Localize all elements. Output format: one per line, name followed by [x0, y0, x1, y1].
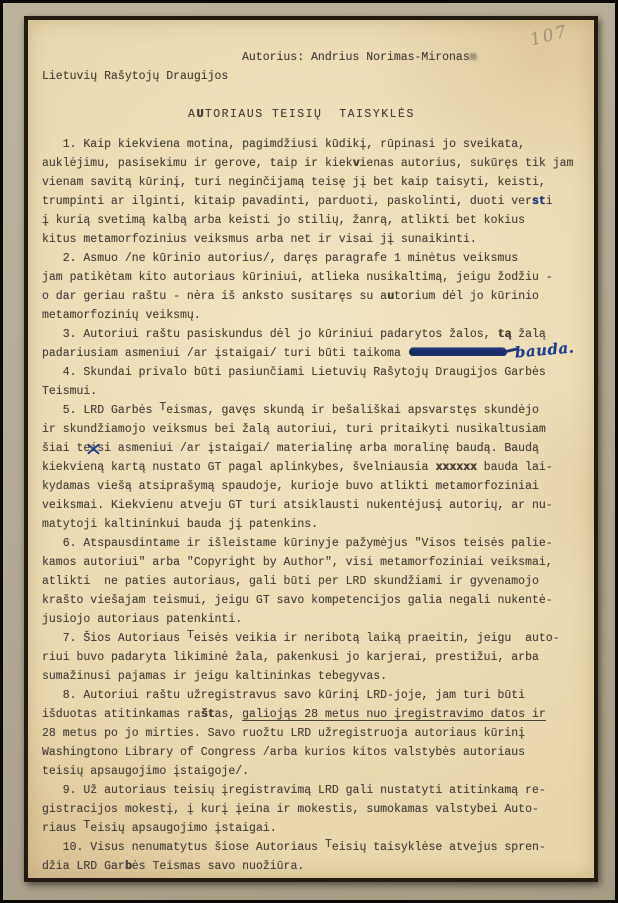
typed-line: riaus Teisių apsaugojimo įstaigai. — [42, 819, 578, 838]
text-segment: šiai te — [42, 442, 90, 455]
text-segment: gistracijos mokestį, į kurį įeina ir mok… — [42, 803, 539, 816]
text-segment: 6. Atspausdintame ir išleistame kūrinyje… — [42, 537, 553, 550]
typed-line: matytoji kaltininkui bauda jį patenkins. — [42, 515, 578, 534]
pen-crossed-character: i — [90, 439, 97, 458]
text-segment: m — [470, 51, 477, 64]
paragraph-9: 9. Už autoriaus teisių įregistravimą LRD… — [42, 781, 578, 838]
scan-matte-border: 107 Autorius: Andrius Norimas-Mironasm L… — [3, 3, 615, 900]
typed-line: 9. Už autoriaus teisių įregistravimą LRD… — [42, 781, 578, 800]
text-segment: 8. Autoriui raštu užregistravus savo kūr… — [42, 689, 525, 702]
text-segment: eisių apsaugojimo įstaigai. — [90, 822, 276, 835]
typed-line: 3. Autoriui raštu pasiskundus dėl jo kūr… — [42, 325, 578, 344]
text-segment: į kurią svetimą kalbą arba keisti jo sti… — [42, 214, 525, 227]
text-segment: Autorius: Andrius Norimas-Mironas — [242, 51, 470, 64]
typed-line: 8. Autoriui raštu užregistravus savo kūr… — [42, 686, 578, 705]
text-segment: 5. LRD Garbės — [42, 404, 159, 417]
text-segment: ienas autorius, sukūręs tik jam — [359, 157, 573, 170]
text-segment: 10. Visus nenumatytus šiose Autoriaus — [42, 841, 325, 854]
document-body: 1. Kaip kiekviena motina, pagimdžiusi kū… — [42, 135, 578, 876]
typed-line: šiai teisi asmeniui /ar įstaigai/ materi… — [42, 439, 578, 458]
typed-line: auklėjimu, pasisekimu ir gerove, taip ir… — [42, 154, 578, 173]
typed-line: o dar geriau raštu - nėra iš anksto susi… — [42, 287, 578, 306]
text-segment: i — [546, 195, 553, 208]
text-segment: riaus — [42, 822, 83, 835]
organization-line: Lietuvių Rašytojų Draugijos — [42, 67, 578, 86]
paragraph-10: 10. Visus nenumatytus šiose Autoriaus Te… — [42, 838, 578, 876]
typed-line: 28 metus po jo mirties. Savo ruožtu LRD … — [42, 724, 578, 743]
paragraph-3: 3. Autoriui raštu pasiskundus dėl jo kūr… — [42, 325, 578, 363]
typed-line: riui buvo padaryta likiminė žala, pakenk… — [42, 648, 578, 667]
typed-line: metamorfozinių veiksmų. — [42, 306, 578, 325]
text-segment: xxxxxx — [435, 461, 476, 474]
author-line: Autorius: Andrius Norimas-Mironasm — [242, 48, 578, 67]
typed-line: ir skundžiamojo veiksmus bei žalą autori… — [42, 420, 578, 439]
text-segment: 2. Asmuo /ne kūrinio autorius/, daręs pa… — [42, 252, 518, 265]
typed-line: 7. Šios Autoriaus Teisės veikia ir nerib… — [42, 629, 578, 648]
typed-line: į kurią svetimą kalbą arba keisti jo sti… — [42, 211, 578, 230]
typed-line: kamos autoriui" arba "Copyright by Autho… — [42, 553, 578, 572]
paragraph-5: 5. LRD Garbės Teismas, gavęs skundą ir b… — [42, 401, 578, 534]
paragraph-4: 4. Skundai privalo būti pasiunčiami Liet… — [42, 363, 578, 401]
text-segment: sumažinusi pajamas ir jeigu kaltininkas … — [42, 670, 387, 683]
typed-line: kydamas viešą atsiprašymą spaudoje, kuri… — [42, 477, 578, 496]
text-segment: metamorfozinių veiksmų. — [42, 309, 201, 322]
paragraph-1: 1. Kaip kiekviena motina, pagimdžiusi kū… — [42, 135, 578, 249]
text-segment: št — [201, 708, 215, 721]
text-segment: trumpinti ar ilginti, kitaip pavadinti, … — [42, 195, 532, 208]
typed-line: gistracijos mokestį, į kurį įeina ir mok… — [42, 800, 578, 819]
text-segment: kiekvieną kartą nustato GT pagal aplinky… — [42, 461, 435, 474]
typed-line: padariusiam asmeniui /ar įstaigai/ turi … — [42, 344, 578, 363]
typed-line: išduotas atitinkamas raštas, galiojąs 28… — [42, 705, 578, 724]
paragraph-7: 7. Šios Autoriaus Teisės veikia ir nerib… — [42, 629, 578, 686]
text-segment: si asmeniui /ar įstaigai/ materialinę ar… — [97, 442, 539, 455]
text-segment: torium dėl jo kūrinio — [394, 290, 539, 303]
text-segment: 1. Kaip kiekviena motina, pagimdžiusi kū… — [42, 138, 525, 151]
text-segment: kitus metamorfozinius veiksmus arba net … — [42, 233, 477, 246]
typed-line: trumpinti ar ilginti, kitaip pavadinti, … — [42, 192, 578, 211]
typed-line: krašto viešajam teismui, jeigu GT savo k… — [42, 591, 578, 610]
document-title: AUTORIAUS TEISIŲ TAISYKLĖS — [188, 105, 578, 124]
text-segment: auklėjimu, pasisekimu ir gerove, taip ir… — [42, 157, 353, 170]
typed-line: džia LRD Garbės Teismas savo nuožiūra. — [42, 857, 578, 876]
typed-line: kitus metamorfozinius veiksmus arba net … — [42, 230, 578, 249]
typed-text-area: Autorius: Andrius Norimas-Mironasm Lietu… — [28, 20, 594, 878]
text-segment: krašto viešajam teismui, jeigu GT savo k… — [42, 594, 553, 607]
text-segment: eisių taisyklėse atvejus spren- — [332, 841, 546, 854]
text-segment: ės Teismas savo nuožiūra. — [132, 860, 305, 873]
text-segment: matytoji kaltininkui bauda jį patenkins. — [42, 518, 318, 531]
text-segment: T — [159, 401, 166, 414]
typed-line: 2. Asmuo /ne kūrinio autorius/, daręs pa… — [42, 249, 578, 268]
handwritten-word: bauda. — [514, 340, 575, 360]
text-segment: o dar geriau raštu - nėra iš anksto susi… — [42, 290, 387, 303]
typed-line: 5. LRD Garbės Teismas, gavęs skundą ir b… — [42, 401, 578, 420]
paragraph-2: 2. Asmuo /ne kūrinio autorius/, daręs pa… — [42, 249, 578, 325]
text-segment: eisės veikia ir neribotą laiką praeitin,… — [194, 632, 560, 645]
text-segment: džia LRD Gar — [42, 860, 125, 873]
typed-line: vienam savitą kūrinį, turi neginčijamą t… — [42, 173, 578, 192]
typed-line: jusiojo autoriaus patenkinti. — [42, 610, 578, 629]
typed-line: 1. Kaip kiekviena motina, pagimdžiusi kū… — [42, 135, 578, 154]
text-segment: veiksmai. Kiekvienu atveju GT turi atsik… — [42, 499, 553, 512]
text-segment: padariusiam asmeniui /ar įstaigai/ turi … — [42, 347, 408, 360]
text-segment: riui buvo padaryta likiminė žala, pakenk… — [42, 651, 539, 664]
text-segment: U — [196, 108, 204, 121]
text-segment: 3. Autoriui raštu pasiskundus dėl jo kūr… — [42, 328, 497, 341]
text-segment: vienam savitą kūrinį, turi neginčijamą t… — [42, 176, 546, 189]
text-segment: ir skundžiamojo veiksmus bei žalą autori… — [42, 423, 546, 436]
typed-line: kiekvieną kartą nustato GT pagal aplinky… — [42, 458, 578, 477]
typed-line: jam patikėtam kito autoriaus kūriniui, a… — [42, 268, 578, 287]
text-segment: Teismui. — [42, 385, 97, 398]
text-segment: as, — [215, 708, 243, 721]
text-segment: TORIAUS TEISIŲ TAISYKLĖS — [205, 108, 415, 121]
typed-line: sumažinusi pajamas ir jeigu kaltininkas … — [42, 667, 578, 686]
text-segment: bauda lai- — [477, 461, 553, 474]
text-segment: 4. Skundai privalo būti pasiunčiami Liet… — [42, 366, 546, 379]
text-segment: T — [83, 819, 90, 832]
text-segment: kydamas viešą atsiprašymą spaudoje, kuri… — [42, 480, 539, 493]
text-segment: žalą — [511, 328, 546, 341]
paragraph-6: 6. Atspausdintame ir išleistame kūrinyje… — [42, 534, 578, 629]
text-segment: u — [387, 290, 394, 303]
text-segment: T — [325, 838, 332, 851]
typed-line: teisių apsaugojimo įstaigoje/. — [42, 762, 578, 781]
text-segment: eismas, gavęs skundą ir bešališkai apsva… — [166, 404, 539, 417]
text-segment: 7. Šios Autoriaus — [42, 632, 187, 645]
text-segment: tą — [497, 328, 511, 341]
typed-line: 4. Skundai privalo būti pasiunčiami Liet… — [42, 363, 578, 382]
text-segment: galiojąs 28 metus nuo įregistravimo dato… — [242, 708, 546, 721]
pen-corrected-characters: st — [532, 195, 546, 208]
text-segment: jusiojo autoriaus patenkinti. — [42, 613, 242, 626]
text-segment: kamos autoriui" arba "Copyright by Autho… — [42, 556, 553, 569]
text-segment: jam patikėtam kito autoriaus kūriniui, a… — [42, 271, 553, 284]
typed-line: 6. Atspausdintame ir išleistame kūrinyje… — [42, 534, 578, 553]
photo-frame: 107 Autorius: Andrius Norimas-Mironasm L… — [24, 16, 598, 882]
typed-line: veiksmai. Kiekvienu atveju GT turi atsik… — [42, 496, 578, 515]
text-segment: b — [125, 860, 132, 873]
paragraph-8: 8. Autoriui raštu užregistravus savo kūr… — [42, 686, 578, 781]
text-segment: išduotas atitinkamas ra — [42, 708, 201, 721]
text-segment: atlikti ne paties autoriaus, gali būti p… — [42, 575, 539, 588]
text-segment: Washingtono Library of Congress /arba ku… — [42, 746, 525, 759]
typed-line: Washingtono Library of Congress /arba ku… — [42, 743, 578, 762]
typed-line: Teismui. — [42, 382, 578, 401]
typed-line: 10. Visus nenumatytus šiose Autoriaus Te… — [42, 838, 578, 857]
ink-blot-strikeout — [408, 348, 507, 356]
text-segment: teisių apsaugojimo įstaigoje/. — [42, 765, 249, 778]
typed-line: atlikti ne paties autoriaus, gali būti p… — [42, 572, 578, 591]
text-segment: T — [187, 629, 194, 642]
text-segment: 28 metus po jo mirties. Savo ruožtu LRD … — [42, 727, 525, 740]
text-segment: 9. Už autoriaus teisių įregistravimą LRD… — [42, 784, 546, 797]
paper-sheet: 107 Autorius: Andrius Norimas-Mironasm L… — [28, 20, 594, 878]
